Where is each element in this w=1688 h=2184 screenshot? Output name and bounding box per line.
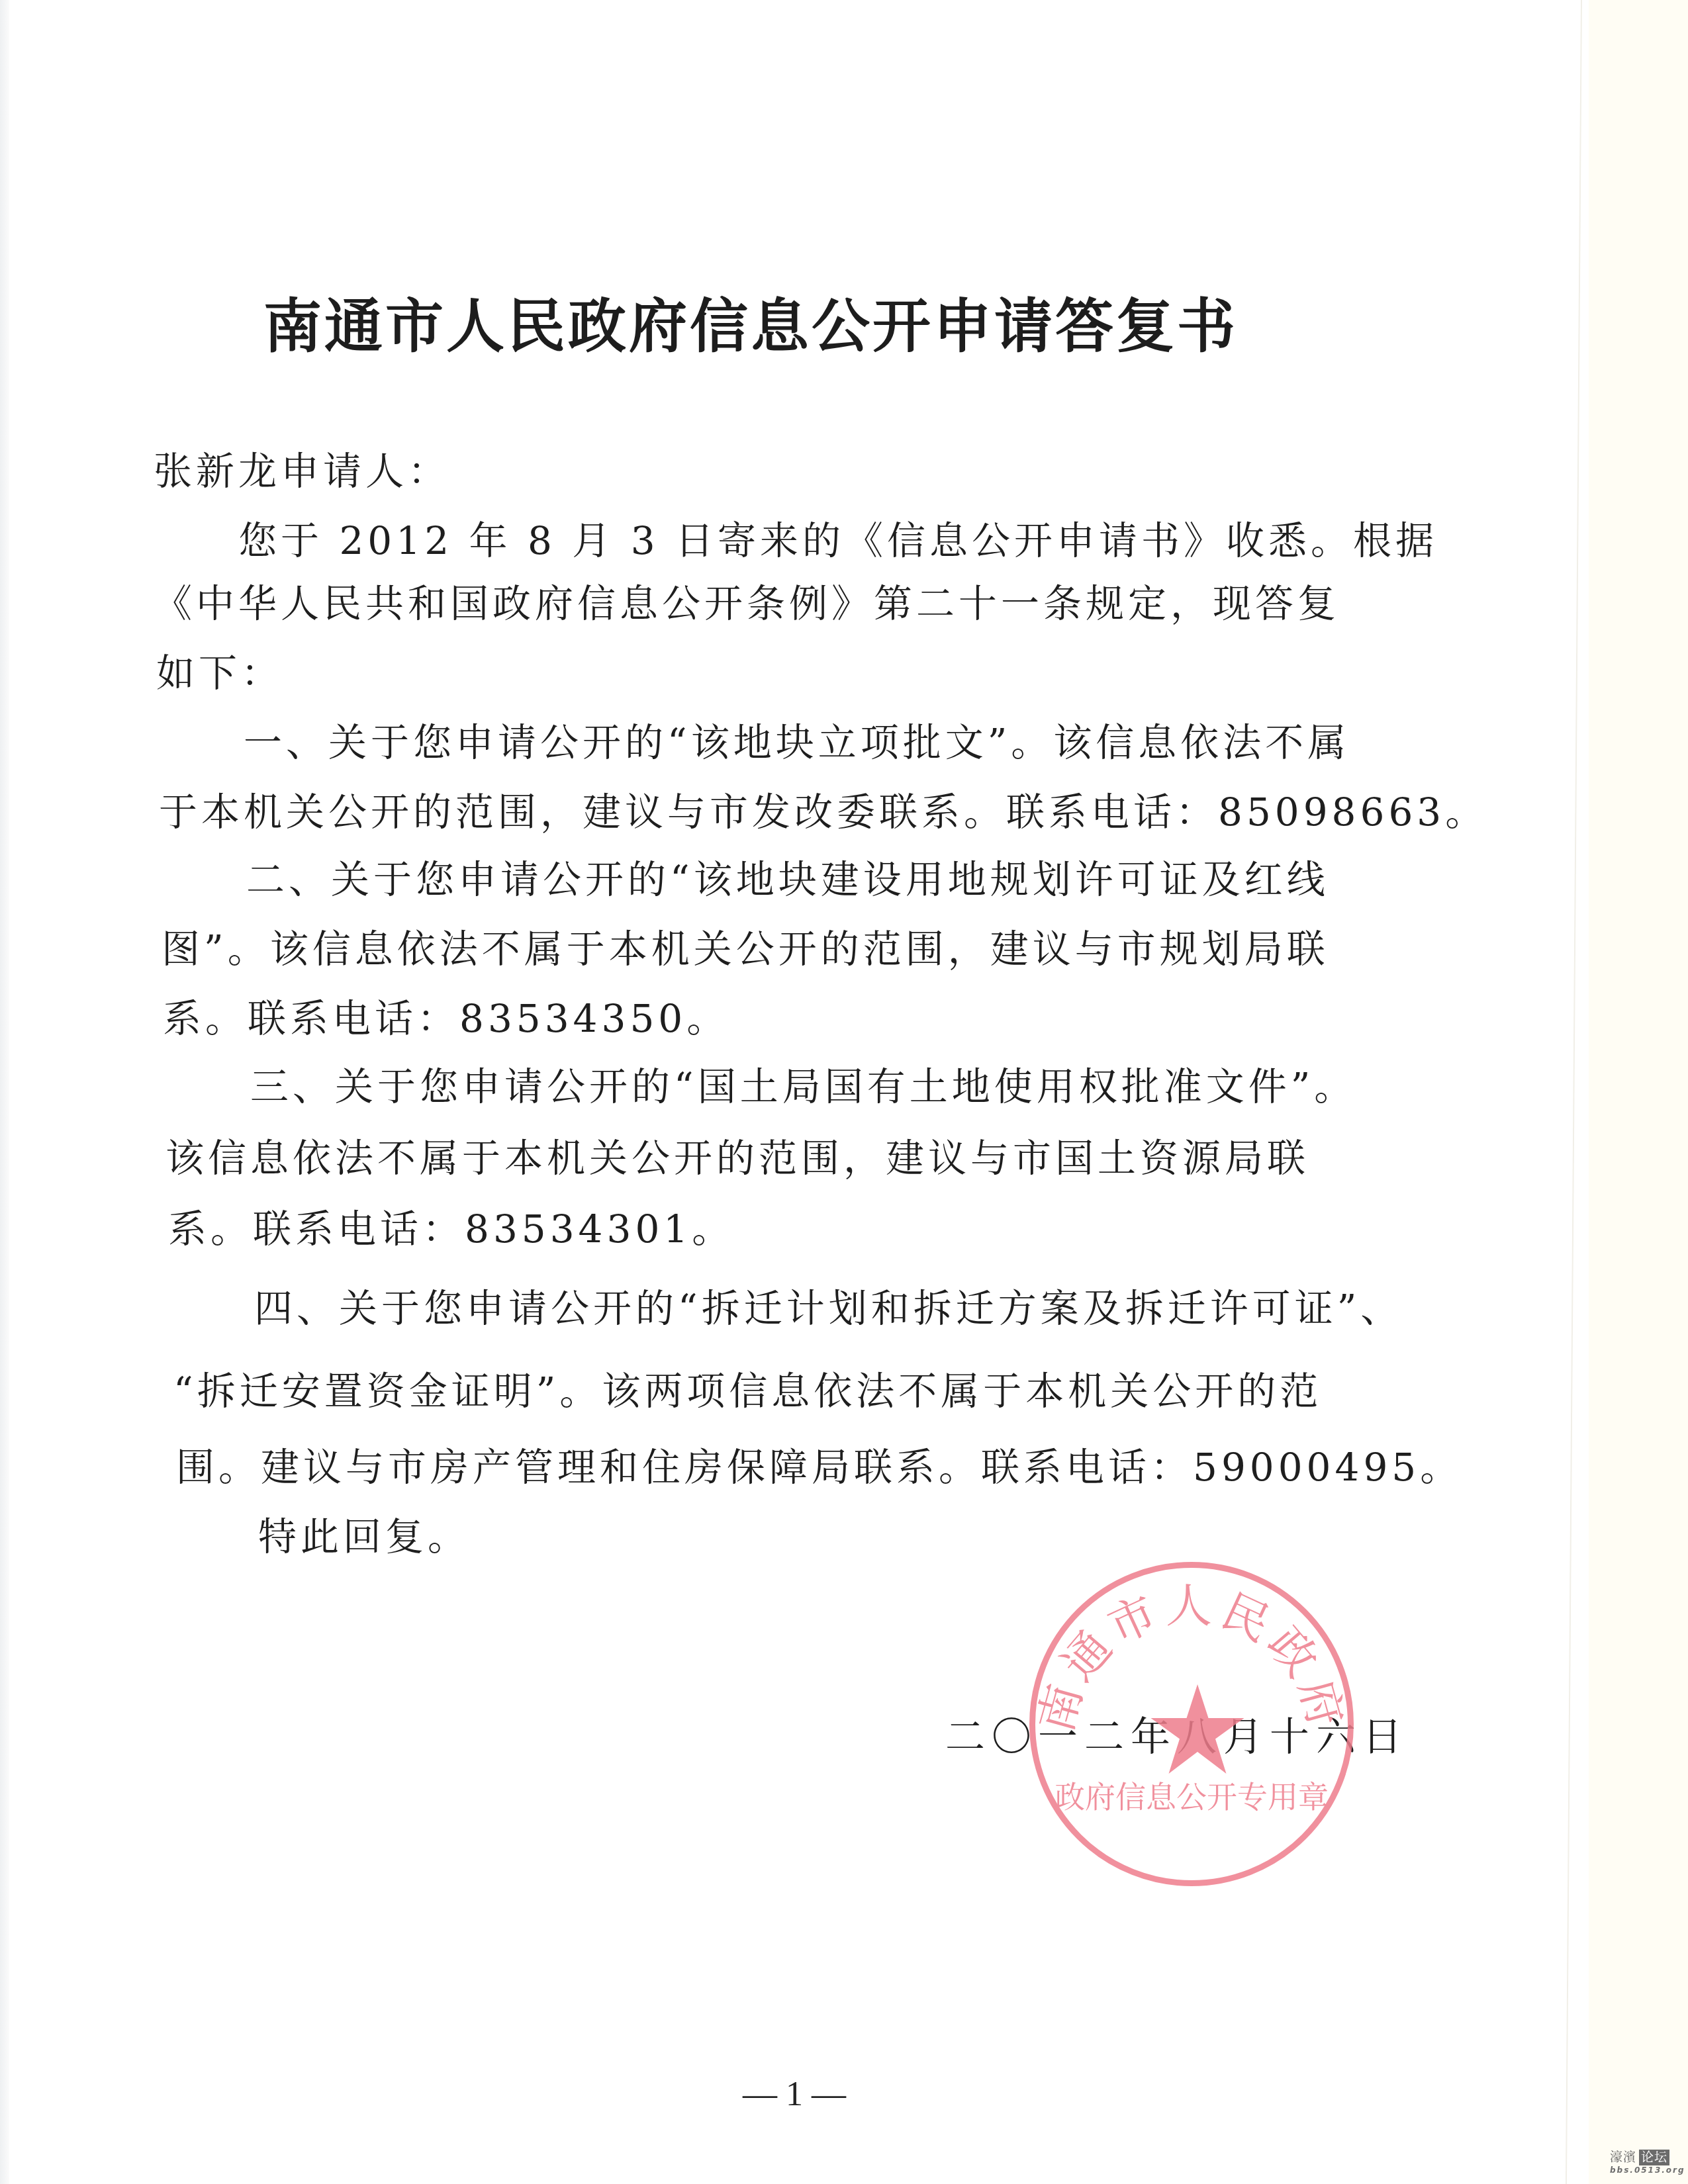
scan-left-edge [0,0,9,2184]
paper-crease [1566,0,1582,2184]
watermark-name: 濠濱 [1610,2150,1636,2165]
body-line: 《中华人民共和国政府信息公开条例》第二十一条规定，现答复 [154,582,1340,625]
seal-bottom-text: 政府信息公开专用章 [1035,1773,1348,1817]
item-3-line: 三、关于您申请公开的“国土局国有土地使用权批准文件”。 [250,1066,1356,1108]
scan-right-tint [1589,0,1688,2184]
item-3-line: 系。联系电话：83534301。 [168,1208,734,1250]
item-2-line: 图”。该信息依法不属于本机关公开的范围，建议与市规划局联 [162,928,1329,970]
item-4-line: “拆迁安置资金证明”。该两项信息依法不属于本机关公开的范 [173,1370,1322,1412]
star-icon [1148,1680,1247,1780]
item-1-line: 一、关于您申请公开的“该地块立项批文”。该信息依法不属 [244,721,1350,764]
item-1-line: 于本机关公开的范围，建议与市发改委联系。联系电话：85098663。 [159,791,1487,833]
item-4-line: 围。建议与市房产管理和住房保障局联系。联系电话：59000495。 [176,1446,1462,1488]
scanned-page: 南通市人民政府信息公开申请答复书 张新龙申请人： 您于 2012 年 8 月 3… [0,0,1688,2184]
item-3-line: 该信息依法不属于本机关公开的范围，建议与市国土资源局联 [165,1137,1309,1179]
body-line: 您于 2012 年 8 月 3 日寄来的《信息公开申请书》收悉。根据 [238,520,1438,562]
item-2-line: 二、关于您申请公开的“该地块建设用地规划许可证及红线 [246,858,1329,901]
page-number: — 1 — [722,2075,867,2114]
forum-watermark: 濠濱 论坛 bbs.0513.org [1610,2150,1684,2175]
salutation: 张新龙申请人： [154,450,450,492]
closing-line: 特此回复。 [258,1516,470,1558]
watermark-url: bbs.0513.org [1610,2165,1684,2175]
item-4-line: 四、关于您申请公开的“拆迁计划和拆迁方案及拆迁许可证”、 [254,1287,1403,1330]
watermark-label: 论坛 [1639,2150,1669,2165]
item-2-line: 系。联系电话：83534350。 [163,997,729,1040]
document-title: 南通市人民政府信息公开申请答复书 [263,291,1256,364]
official-seal: 南通市人民政府 政府信息公开专用章 [1029,1562,1354,1886]
body-line: 如下： [156,652,283,694]
